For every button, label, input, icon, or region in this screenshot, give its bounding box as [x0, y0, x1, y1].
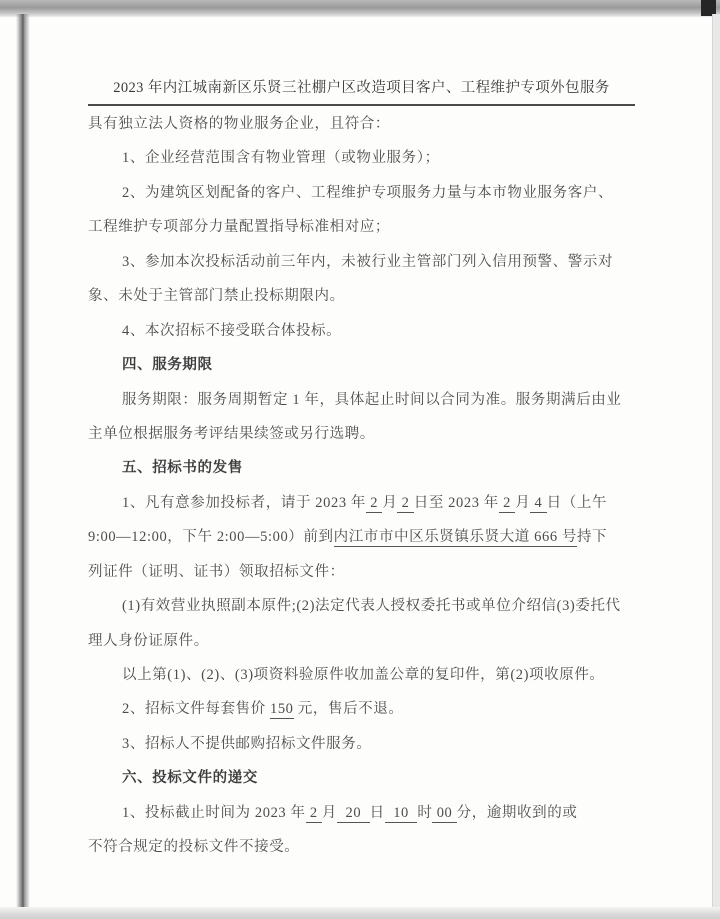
text-segment: 2、招标文件每套售价 [122, 701, 270, 717]
text-line: 3、招标人不提供邮购招标文件服务。 [88, 727, 635, 761]
underlined-value: 4 [530, 495, 546, 513]
text-segment: 月 [322, 805, 337, 821]
text-segment: (1)有效营业执照副本原件;(2)法定代表人授权委托书或单位介绍信(3)委托代 [122, 598, 621, 614]
text-line: 4、本次招标不接受联合体投标。 [88, 314, 635, 348]
text-line: 1、企业经营范围含有物业管理（或物业服务）； [88, 141, 635, 175]
text-segment: 四、服务期限 [122, 357, 213, 373]
text-line: 主单位根据服务考评结果续签或另行选聘。 [88, 417, 635, 451]
text-line: 3、参加本次投标活动前三年内，未被行业主管部门列入信用预警、警示对 [88, 245, 635, 279]
underlined-value: 2 [397, 495, 413, 513]
text-segment: 月 [382, 495, 397, 511]
text-line: 象、未处于主管部门禁止投标期限内。 [88, 279, 635, 313]
text-segment: 日至 2023 年 [414, 495, 499, 511]
text-line: 具有独立法人资格的物业服务企业，且符合： [88, 107, 635, 141]
text-segment: 9:00—12:00，下午 2:00—5:00）前到 [88, 529, 334, 545]
text-line: 以上第(1)、(2)、(3)项资料验原件收加盖公章的复印件，第(2)项收原件。 [88, 658, 635, 692]
document-body: 具有独立法人资格的物业服务企业，且符合：1、企业经营范围含有物业管理（或物业服务… [88, 106, 635, 865]
text-segment: 3、参加本次投标活动前三年内，未被行业主管部门列入信用预警、警示对 [122, 254, 613, 270]
section-heading: 四、服务期限 [88, 348, 635, 382]
text-line: 1、投标截止时间为 2023 年 2 月 20 日 10 时 00 分，逾期收到… [88, 796, 635, 830]
text-segment: 日（上午 [547, 495, 607, 511]
text-line: (1)有效营业执照副本原件;(2)法定代表人授权委托书或单位介绍信(3)委托代 [88, 589, 635, 623]
text-segment: 月 [515, 495, 530, 511]
text-segment: 1、投标截止时间为 2023 年 [122, 805, 306, 821]
underlined-value: 10 [385, 805, 418, 823]
text-segment: 元，售后不退。 [294, 701, 404, 717]
scan-right-edge [712, 14, 720, 919]
text-line: 不符合规定的投标文件不接受。 [88, 830, 635, 864]
document-content: 2023 年内江城南新区乐贤三社棚户区改造项目客户、工程维护专项外包服务 具有独… [88, 76, 635, 865]
scan-bottom-edge [0, 907, 720, 919]
underlined-value: 2 [499, 495, 515, 513]
text-segment: 列证件（证明、证书）领取招标文件： [88, 564, 345, 580]
scan-top-edge [0, 0, 720, 17]
text-segment: 主单位根据服务考评结果续签或另行选聘。 [88, 426, 375, 442]
text-segment: 持下 [577, 529, 607, 545]
text-segment: 1、凡有意参加投标者，请于 2023 年 [122, 495, 366, 511]
document-title: 2023 年内江城南新区乐贤三社棚户区改造项目客户、工程维护专项外包服务 [88, 76, 635, 106]
text-line: 2、招标文件每套售价 150 元，售后不退。 [88, 692, 635, 726]
text-segment: 工程维护专项部分力量配置指导标准相对应； [88, 219, 390, 235]
page-spine-shadow [16, 14, 30, 907]
text-segment: 时 [417, 805, 432, 821]
text-segment: 不符合规定的投标文件不接受。 [88, 839, 299, 855]
underlined-value: 2 [366, 495, 382, 513]
section-heading: 五、招标书的发售 [88, 451, 635, 485]
text-segment: 日 [370, 805, 385, 821]
text-segment: 1、企业经营范围含有物业管理（或物业服务）； [122, 150, 440, 166]
text-line: 1、凡有意参加投标者，请于 2023 年 2 月 2 日至 2023 年 2 月… [88, 486, 635, 520]
text-segment: 2、为建筑区划配备的客户、工程维护专项服务力量与本市物业服务客户、 [122, 185, 613, 201]
text-segment: 五、招标书的发售 [122, 460, 243, 476]
underlined-value: 20 [337, 805, 370, 823]
text-segment: 3、招标人不提供邮购招标文件服务。 [122, 736, 371, 752]
text-line: 服务期限：服务周期暂定 1 年，具体起止时间以合同为准。服务期满后由业 [88, 383, 635, 417]
text-line: 9:00—12:00，下午 2:00—5:00）前到内江市市中区乐贤镇乐贤大道 … [88, 520, 635, 554]
underlined-value: 00 [432, 805, 456, 823]
section-heading: 六、投标文件的递交 [88, 761, 635, 795]
text-segment: 象、未处于主管部门禁止投标期限内。 [88, 288, 345, 304]
text-segment: 以上第(1)、(2)、(3)项资料验原件收加盖公章的复印件，第(2)项收原件。 [122, 667, 605, 683]
text-segment: 分，逾期收到的或 [457, 805, 578, 821]
underlined-value: 150 [270, 701, 294, 719]
text-segment: 理人身份证原件。 [88, 633, 209, 649]
text-line: 工程维护专项部分力量配置指导标准相对应； [88, 210, 635, 244]
text-segment: 4、本次招标不接受联合体投标。 [122, 323, 341, 339]
underlined-value: 2 [306, 805, 322, 823]
text-segment: 具有独立法人资格的物业服务企业，且符合： [88, 116, 390, 132]
text-line: 2、为建筑区划配备的客户、工程维护专项服务力量与本市物业服务客户、 [88, 176, 635, 210]
text-line: 列证件（证明、证书）领取招标文件： [88, 555, 635, 589]
text-segment: 服务期限：服务周期暂定 1 年，具体起止时间以合同为准。服务期满后由业 [122, 392, 622, 408]
text-line: 理人身份证原件。 [88, 624, 635, 658]
text-segment: 六、投标文件的递交 [122, 770, 258, 786]
scanned-page: 2023 年内江城南新区乐贤三社棚户区改造项目客户、工程维护专项外包服务 具有独… [0, 0, 720, 919]
underlined-value: 内江市市中区乐贤镇乐贤大道 666 号 [334, 529, 577, 547]
